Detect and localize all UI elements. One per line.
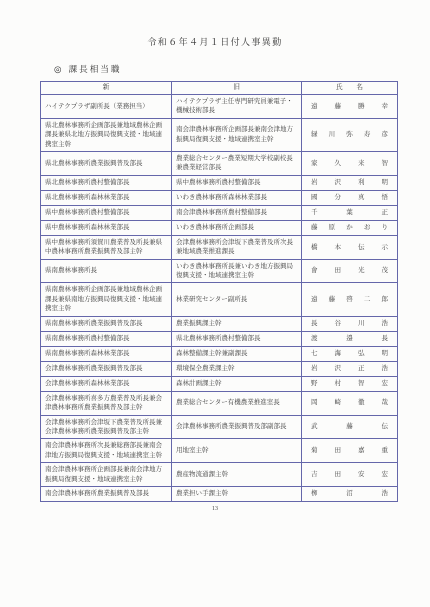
cell-new-position: 県中農林事務所農村整備部長 bbox=[41, 205, 172, 220]
cell-new-position: 県南農林事務所森林林業部長 bbox=[41, 346, 172, 361]
cell-old-position: 県北農林事務所農村整備部長 bbox=[172, 331, 302, 346]
cell-old-position: 用地室主幹 bbox=[172, 439, 302, 463]
cell-person-name: 千 葉 正 bbox=[302, 205, 398, 220]
document-page: 令和６年４月１日付人事異動 ◎ 課長相当職 新 旧 氏 名 ハイテクプラザ副所長… bbox=[0, 0, 430, 607]
table-row: 南会津農林事務所企画部長兼南会津地方振興局復興支援・地域連携室主幹 農産物流通課… bbox=[41, 463, 398, 487]
cell-old-position: 農業振興課主幹 bbox=[172, 316, 302, 331]
cell-person-name: 菊 田 嘉 重 bbox=[302, 439, 398, 463]
cell-new-position: 会津農林事務所農業振興普及部長 bbox=[41, 361, 172, 376]
cell-old-position: 林業研究センター副所長 bbox=[172, 283, 302, 316]
document-title: 令和６年４月１日付人事異動 bbox=[0, 35, 430, 48]
cell-old-position: 森林計画課主幹 bbox=[172, 376, 302, 391]
cell-person-name: 岩 沢 正 浩 bbox=[302, 361, 398, 376]
cell-person-name: 吉 田 安 宏 bbox=[302, 463, 398, 487]
cell-person-name: 橋 本 伝 示 bbox=[302, 235, 398, 259]
cell-person-name: 緑 川 弥 寿 彦 bbox=[302, 118, 398, 151]
table-row: 県北農林事務所森林林業部長 いわき農林事務所森林林業部長 國 分 真 悟 bbox=[41, 190, 398, 205]
cell-new-position: 県南農林事務所長 bbox=[41, 259, 172, 283]
personnel-assignments-table: 新 旧 氏 名 ハイテクプラザ副所長（業務担当） ハイテクプラザ主任専門研究員兼… bbox=[40, 81, 398, 502]
cell-old-position: 南会津農林事務所農村整備部長 bbox=[172, 205, 302, 220]
table-row: 県南農林事務所企画部長兼地域農林企画課長兼県南地方振興局復興支援・地域連携室主幹… bbox=[41, 283, 398, 316]
cell-new-position: ハイテクプラザ副所長（業務担当） bbox=[41, 94, 172, 118]
cell-old-position: いわき農林事務所森林林業部長 bbox=[172, 190, 302, 205]
table-row: 会津農林事務所森林林業部長 森林計画課主幹 野 村 智 宏 bbox=[41, 376, 398, 391]
table-row: 県中農林事務所農村整備部長 南会津農林事務所農村整備部長 千 葉 正 bbox=[41, 205, 398, 220]
cell-new-position: 県北農林事務所企画部長兼地域農林企画課長兼県北地方振興局復興支援・地域連携室主幹 bbox=[41, 118, 172, 151]
table-row: 県南農林事務所長 いわき農林事務所長兼いわき地方振興局復興支援・地域連携室主幹 … bbox=[41, 259, 398, 283]
section-title: 課長相当職 bbox=[69, 63, 122, 75]
page-number: 13 bbox=[0, 506, 430, 512]
cell-old-position: いわき農林事務所長兼いわき地方振興局復興支援・地域連携室主幹 bbox=[172, 259, 302, 283]
cell-new-position: 会津農林事務所森林林業部長 bbox=[41, 376, 172, 391]
table-row: 県北農林事務所農村整備部長 県中農林事務所農村整備部長 岩 沢 利 明 bbox=[41, 175, 398, 190]
cell-old-position: いわき農林事務所企画部長 bbox=[172, 220, 302, 235]
table-row: ハイテクプラザ副所長（業務担当） ハイテクプラザ主任専門研究員兼電子・機械技術部… bbox=[41, 94, 398, 118]
cell-new-position: 県南農林事務所企画部長兼地域農林企画課長兼県南地方振興局復興支援・地域連携室主幹 bbox=[41, 283, 172, 316]
cell-person-name: 國 分 真 悟 bbox=[302, 190, 398, 205]
cell-person-name: 遠 藤 啓 二 郎 bbox=[302, 283, 398, 316]
table-row: 県中農林事務所須賀川農業普及所長兼県中農林事務所農業振興普及部主幹 会津農林事務… bbox=[41, 235, 398, 259]
column-header-old: 旧 bbox=[172, 82, 302, 95]
cell-person-name: 岡 崎 徹 哉 bbox=[302, 391, 398, 415]
cell-new-position: 会津農林事務所喜多方農業普及所長兼会津農林事務所農業振興普及部主幹 bbox=[41, 391, 172, 415]
cell-old-position: 環境保全農業課主幹 bbox=[172, 361, 302, 376]
cell-old-position: 会津農林事務所会津坂下農業普及所次長兼地域農業推進課長 bbox=[172, 235, 302, 259]
column-header-name: 氏 名 bbox=[302, 82, 398, 95]
cell-old-position: 農産物流通課主幹 bbox=[172, 463, 302, 487]
cell-old-position: ハイテクプラザ主任専門研究員兼電子・機械技術部長 bbox=[172, 94, 302, 118]
cell-new-position: 県北農林事務所農村整備部長 bbox=[41, 175, 172, 190]
cell-old-position: 農業総合センター農業短期大学校副校長兼農業経営部長 bbox=[172, 151, 302, 175]
cell-old-position: 農業担い手課主幹 bbox=[172, 487, 302, 502]
cell-new-position: 会津農林事務所会津坂下農業普及所長兼会津農林事務所農業振興普及部主幹 bbox=[41, 415, 172, 439]
table-row: 県南農林事務所農業振興普及部長 農業振興課主幹 長 谷 川 浩 bbox=[41, 316, 398, 331]
table-row: 会津農林事務所農業振興普及部長 環境保全農業課主幹 岩 沢 正 浩 bbox=[41, 361, 398, 376]
cell-new-position: 県中農林事務所森林林業部長 bbox=[41, 220, 172, 235]
table-row: 県南農林事務所農村整備部長 県北農林事務所農村整備部長 渡 邉 長 bbox=[41, 331, 398, 346]
cell-person-name: 野 村 智 宏 bbox=[302, 376, 398, 391]
section-heading: ◎ 課長相当職 bbox=[54, 63, 430, 75]
double-circle-marker: ◎ bbox=[54, 64, 62, 75]
table-row: 県南農林事務所森林林業部長 森林整備課主幹兼副課長 七 海 弘 明 bbox=[41, 346, 398, 361]
cell-new-position: 県南農林事務所農村整備部長 bbox=[41, 331, 172, 346]
table-row: 南会津農林事務所次長兼総務部長兼南会津地方振興局復興支援・地域連携室主幹 用地室… bbox=[41, 439, 398, 463]
table-row: 会津農林事務所会津坂下農業普及所長兼会津農林事務所農業振興普及部主幹 会津農林事… bbox=[41, 415, 398, 439]
cell-person-name: 七 海 弘 明 bbox=[302, 346, 398, 361]
cell-new-position: 県中農林事務所須賀川農業普及所長兼県中農林事務所農業振興普及部主幹 bbox=[41, 235, 172, 259]
cell-person-name: 岩 沢 利 明 bbox=[302, 175, 398, 190]
cell-person-name: 家 久 来 智 bbox=[302, 151, 398, 175]
cell-person-name: 渡 邉 長 bbox=[302, 331, 398, 346]
table-row: 会津農林事務所喜多方農業普及所長兼会津農林事務所農業振興普及部主幹 農業総合セン… bbox=[41, 391, 398, 415]
cell-new-position: 県北農林事務所農業振興普及部長 bbox=[41, 151, 172, 175]
cell-new-position: 南会津農林事務所次長兼総務部長兼南会津地方振興局復興支援・地域連携室主幹 bbox=[41, 439, 172, 463]
cell-old-position: 県中農林事務所農村整備部長 bbox=[172, 175, 302, 190]
cell-person-name: 武 藤 伝 bbox=[302, 415, 398, 439]
table-row: 県中農林事務所森林林業部長 いわき農林事務所企画部長 藤 原 か お り bbox=[41, 220, 398, 235]
cell-old-position: 農業総合センター有機農業推進室長 bbox=[172, 391, 302, 415]
cell-new-position: 南会津農林事務所農業振興普及部長 bbox=[41, 487, 172, 502]
table-row: 県北農林事務所企画部長兼地域農林企画課長兼県北地方振興局復興支援・地域連携室主幹… bbox=[41, 118, 398, 151]
table-header-row: 新 旧 氏 名 bbox=[41, 82, 398, 95]
column-header-new: 新 bbox=[41, 82, 172, 95]
table-row: 南会津農林事務所農業振興普及部長 農業担い手課主幹 栁 沼 浩 bbox=[41, 487, 398, 502]
cell-person-name: 會 田 光 茂 bbox=[302, 259, 398, 283]
cell-old-position: 南会津農林事務所企画部長兼南会津地方振興局復興支援・地域連携室主幹 bbox=[172, 118, 302, 151]
table-row: 県北農林事務所農業振興普及部長 農業総合センター農業短期大学校副校長兼農業経営部… bbox=[41, 151, 398, 175]
cell-person-name: 栁 沼 浩 bbox=[302, 487, 398, 502]
cell-new-position: 県南農林事務所農業振興普及部長 bbox=[41, 316, 172, 331]
assignments-table-body: ハイテクプラザ副所長（業務担当） ハイテクプラザ主任専門研究員兼電子・機械技術部… bbox=[41, 94, 398, 501]
cell-person-name: 遠 藤 勝 幸 bbox=[302, 94, 398, 118]
cell-new-position: 県北農林事務所森林林業部長 bbox=[41, 190, 172, 205]
cell-person-name: 藤 原 か お り bbox=[302, 220, 398, 235]
cell-old-position: 会津農林事務所農業振興普及部副部長 bbox=[172, 415, 302, 439]
cell-old-position: 森林整備課主幹兼副課長 bbox=[172, 346, 302, 361]
cell-new-position: 南会津農林事務所企画部長兼南会津地方振興局復興支援・地域連携室主幹 bbox=[41, 463, 172, 487]
cell-person-name: 長 谷 川 浩 bbox=[302, 316, 398, 331]
